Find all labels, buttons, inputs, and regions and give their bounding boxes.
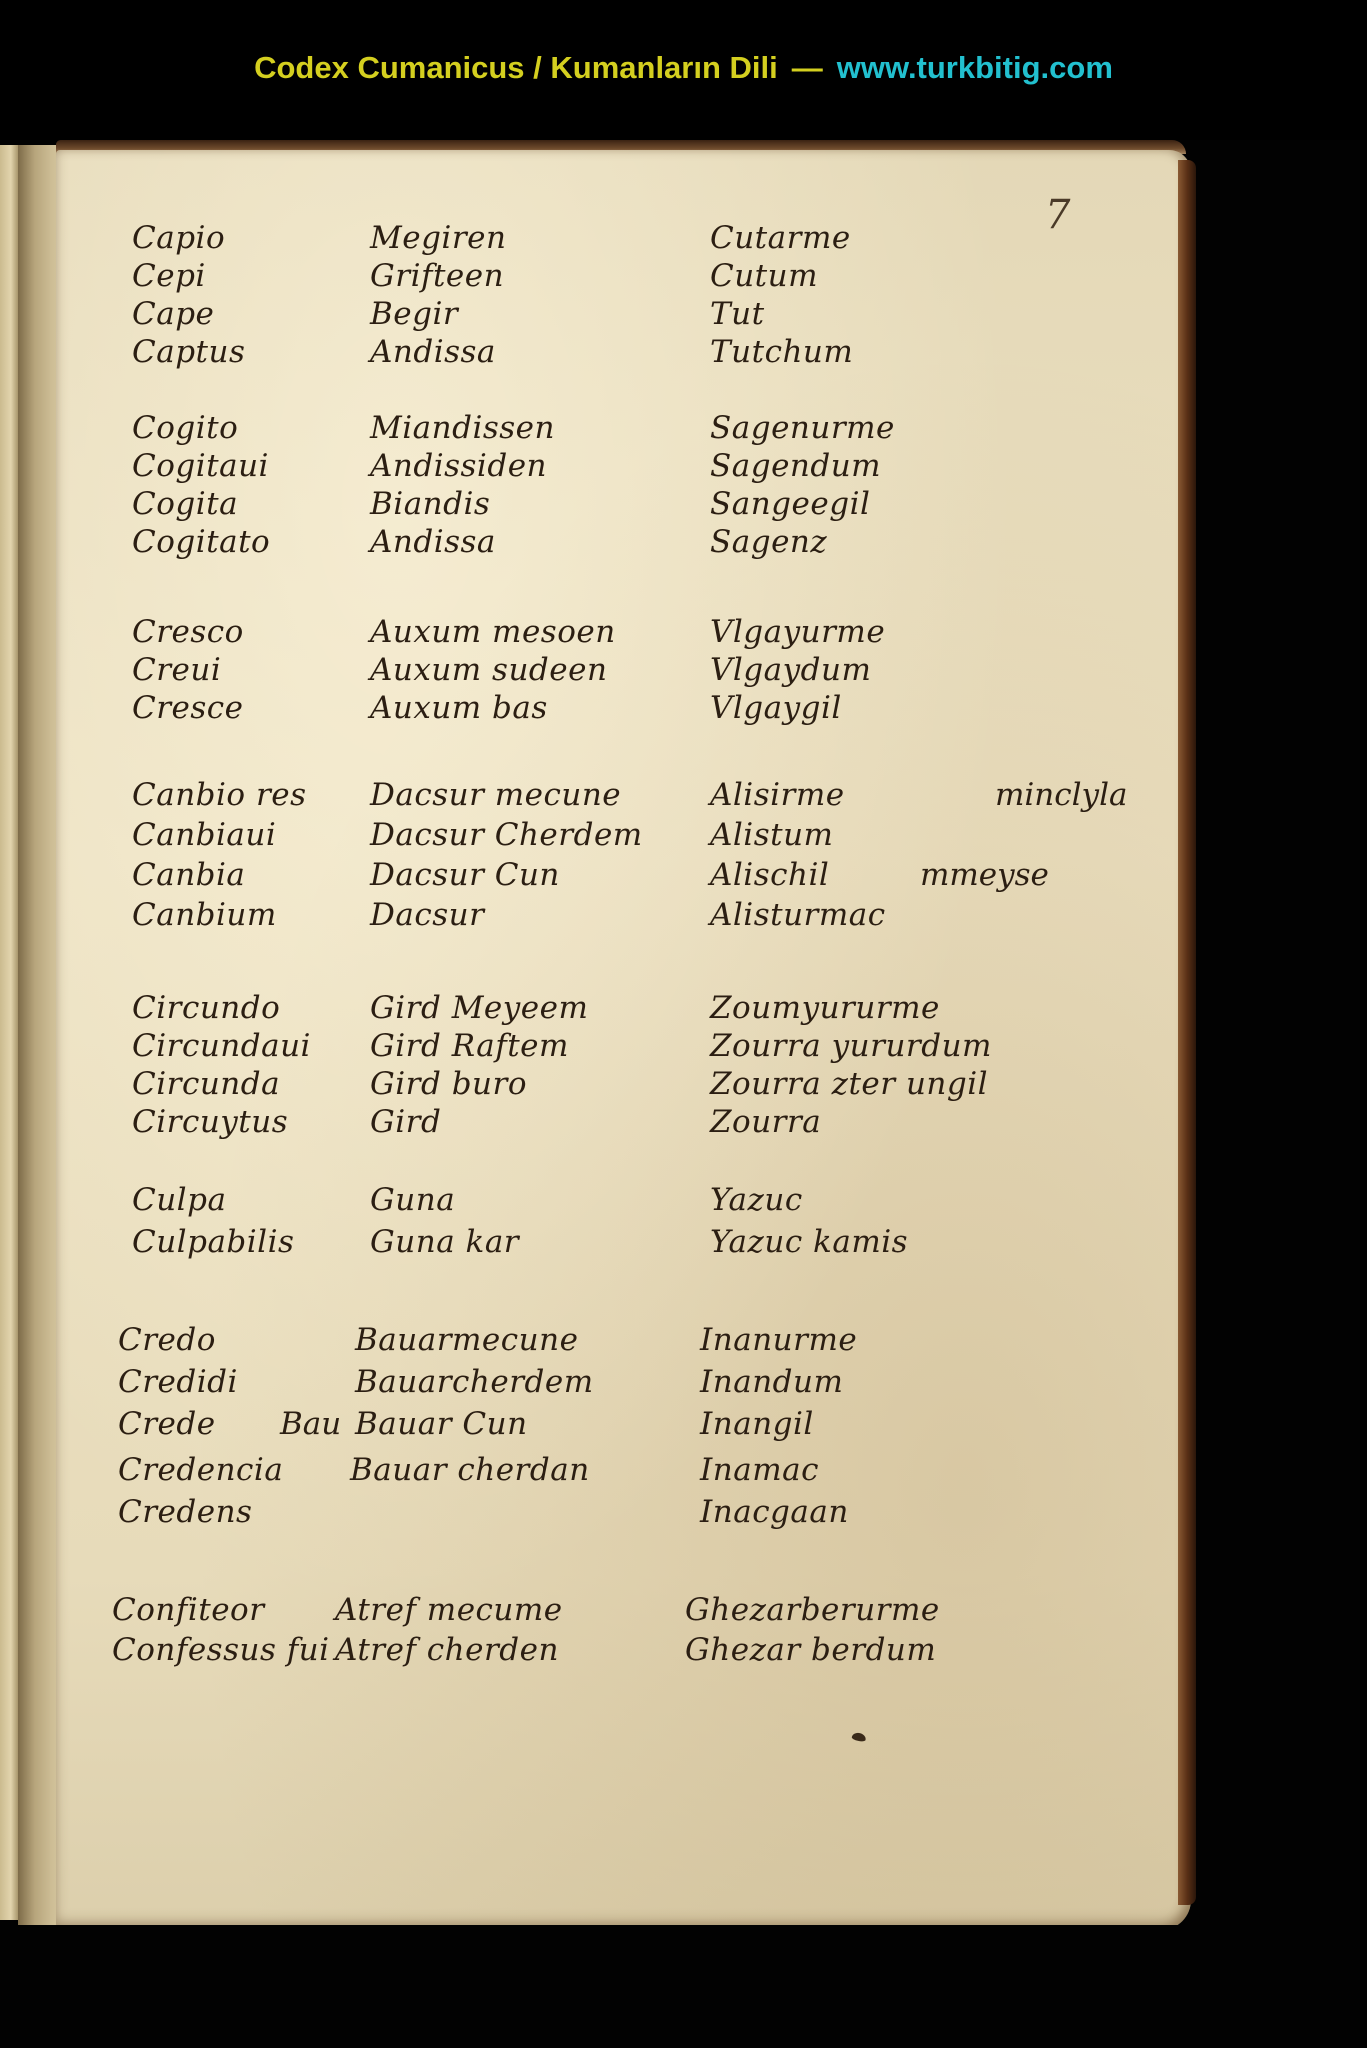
entry-row: Culpabilis Guna kar Yazuc kamis <box>0 1222 1367 1262</box>
cuman-word: Tut <box>710 294 765 334</box>
persian-word: Dacsur Cun <box>370 855 560 895</box>
entry-row: Crede Bau Bauar Cun Inangil <box>0 1404 1367 1444</box>
latin-word: Cape <box>132 294 214 334</box>
latin-word: Cogitaui <box>132 446 269 486</box>
cuman-word: Vlgayurme <box>710 612 885 652</box>
cuman-word: Cutarme <box>710 218 851 258</box>
entry-row: Canbiaui Dacsur Cherdem Alistum <box>0 815 1367 855</box>
latin-word: Creui <box>132 650 221 690</box>
latin-word: Captus <box>132 332 245 372</box>
cuman-word: Yazuc kamis <box>710 1222 908 1262</box>
persian-word: Biandis <box>370 484 490 524</box>
cuman-word: Sangeegil <box>710 484 870 524</box>
entry-row: Circunda Gird buro Zourra zter ungil <box>0 1064 1367 1104</box>
cuman-word: Alistum <box>710 815 833 855</box>
persian-word: Guna <box>370 1180 455 1220</box>
persian-word: Megiren <box>370 218 506 258</box>
latin-word: Canbia <box>132 855 245 895</box>
entry-row: Credens Inacgaan <box>0 1492 1367 1532</box>
entry-row: Canbio res Dacsur mecune Alisirme mincly… <box>0 775 1367 815</box>
entry-row: Circuytus Gird Zourra <box>0 1102 1367 1142</box>
cuman-word: Zourra zter ungil <box>710 1064 988 1104</box>
entry-row: Credo Bauarmecune Inanurme <box>0 1320 1367 1360</box>
persian-word: Atref cherden <box>335 1630 559 1670</box>
entry-row: Credencia Bauar cherdan Inamac <box>0 1450 1367 1490</box>
latin-word: Cresco <box>132 612 244 652</box>
persian-word: Dacsur <box>370 895 484 935</box>
cuman-word: Inandum <box>700 1362 843 1402</box>
persian-word: Atref mecume <box>335 1590 563 1630</box>
entry-row: Creui Auxum sudeen Vlgaydum <box>0 650 1367 690</box>
persian-word: Miandissen <box>370 408 555 448</box>
persian-word: Bauar cherdan <box>350 1450 590 1490</box>
persian-word: Grifteen <box>370 256 504 296</box>
entry-row: Canbia Dacsur Cun Alischil mmeyse <box>0 855 1367 895</box>
persian-word: Bauarmecune <box>355 1320 578 1360</box>
entry-row: Cogitaui Andissiden Sagendum <box>0 446 1367 486</box>
cuman-word: Yazuc <box>710 1180 803 1220</box>
cuman-word: Inanurme <box>700 1320 857 1360</box>
latin-word: Circundaui <box>132 1026 311 1066</box>
latin-word: Circundo <box>132 988 280 1028</box>
cuman-word: Inangil <box>700 1404 814 1444</box>
persian-word: Gird Meyeem <box>370 988 588 1028</box>
entry-row: Capio Megiren Cutarme <box>0 218 1367 258</box>
persian-word: Gird Raftem <box>370 1026 569 1066</box>
entry-row: Captus Andissa Tutchum <box>0 332 1367 372</box>
persian-word: Guna kar <box>370 1222 519 1262</box>
latin-word: Confiteor <box>112 1590 265 1630</box>
cuman-word: Zourra <box>710 1102 821 1142</box>
cuman-word: Ghezarberurme <box>685 1590 940 1630</box>
latin-word: Confessus fui <box>112 1630 330 1670</box>
cuman-word: Vlgaygil <box>710 688 842 728</box>
latin-word: Credens <box>118 1492 252 1532</box>
latin-word: Cogito <box>132 408 238 448</box>
latin-word: Credo <box>118 1320 216 1360</box>
background-below-book <box>0 1925 1367 2048</box>
cuman-word: Alischil <box>710 855 829 895</box>
cuman-word: Alisturmac <box>710 895 886 935</box>
entry-row: Cape Begir Tut <box>0 294 1367 334</box>
latin-word: Circuytus <box>132 1102 288 1142</box>
latin-word: Cepi <box>132 256 206 296</box>
cuman-word: Zourra yururdum <box>710 1026 992 1066</box>
entry-row: Cresco Auxum mesoen Vlgayurme <box>0 612 1367 652</box>
persian-word: Begir <box>370 294 458 334</box>
entry-row: Confessus fui Atref cherden Ghezar berdu… <box>0 1630 1367 1670</box>
persian-word: Andissa <box>370 522 496 562</box>
persian-word: Andissa <box>370 332 496 372</box>
marginal-gloss: mmeyse <box>920 855 1049 895</box>
latin-word: Canbiaui <box>132 815 276 855</box>
persian-word: Bauarcherdem <box>355 1362 594 1402</box>
persian-word: Gird <box>370 1102 441 1142</box>
latin-word: Cresce <box>132 688 244 728</box>
latin-word: Crede <box>118 1404 216 1444</box>
entry-row: Cogitato Andissa Sagenz <box>0 522 1367 562</box>
latin-word: Canbium <box>132 895 277 935</box>
entry-row: Cresce Auxum bas Vlgaygil <box>0 688 1367 728</box>
latin-word: Capio <box>132 218 225 258</box>
cuman-word: Inamac <box>700 1450 819 1490</box>
cuman-word: Alisirme <box>710 775 845 815</box>
persian-word: Dacsur Cherdem <box>370 815 643 855</box>
latin-word: Credidi <box>118 1362 238 1402</box>
cuman-word: Inacgaan <box>700 1492 849 1532</box>
cuman-word: Sagenz <box>710 522 827 562</box>
entry-row: Cepi Grifteen Cutum <box>0 256 1367 296</box>
entry-row: Canbium Dacsur Alisturmac <box>0 895 1367 935</box>
latin-word: Circunda <box>132 1064 280 1104</box>
latin-word: Culpabilis <box>132 1222 294 1262</box>
latin-word: Culpa <box>132 1180 226 1220</box>
entry-row: Circundaui Gird Raftem Zourra yururdum <box>0 1026 1367 1066</box>
marginal-gloss: minclyla <box>995 775 1127 815</box>
persian-word: Auxum sudeen <box>370 650 607 690</box>
entry-row: Culpa Guna Yazuc <box>0 1180 1367 1220</box>
cuman-word: Cutum <box>710 256 818 296</box>
manuscript-text: Capio Megiren Cutarme Cepi Grifteen Cutu… <box>0 0 1367 2048</box>
latin-word: Canbio res <box>132 775 307 815</box>
entry-row: Credidi Bauarcherdem Inandum <box>0 1362 1367 1402</box>
ink-blot <box>851 1732 866 1743</box>
entry-row: Circundo Gird Meyeem Zoumyururme <box>0 988 1367 1028</box>
cuman-word: Vlgaydum <box>710 650 871 690</box>
latin-word: Cogitato <box>132 522 270 562</box>
persian-word: Dacsur mecune <box>370 775 621 815</box>
persian-word: Andissiden <box>370 446 547 486</box>
entry-row: Confiteor Atref mecume Ghezarberurme <box>0 1590 1367 1630</box>
cuman-word: Sagenurme <box>710 408 895 448</box>
entry-row: Cogita Biandis Sangeegil <box>0 484 1367 524</box>
cuman-word: Tutchum <box>710 332 853 372</box>
cuman-word: Ghezar berdum <box>685 1630 936 1670</box>
persian-word: Bauar Cun <box>355 1404 528 1444</box>
persian-word: Auxum bas <box>370 688 548 728</box>
cuman-word: Sagendum <box>710 446 881 486</box>
latin-word: Credencia <box>118 1450 283 1490</box>
entry-row: Cogito Miandissen Sagenurme <box>0 408 1367 448</box>
interlinear-note: Bau <box>280 1404 341 1444</box>
latin-word: Cogita <box>132 484 238 524</box>
persian-word: Gird buro <box>370 1064 527 1104</box>
persian-word: Auxum mesoen <box>370 612 616 652</box>
cuman-word: Zoumyururme <box>710 988 940 1028</box>
